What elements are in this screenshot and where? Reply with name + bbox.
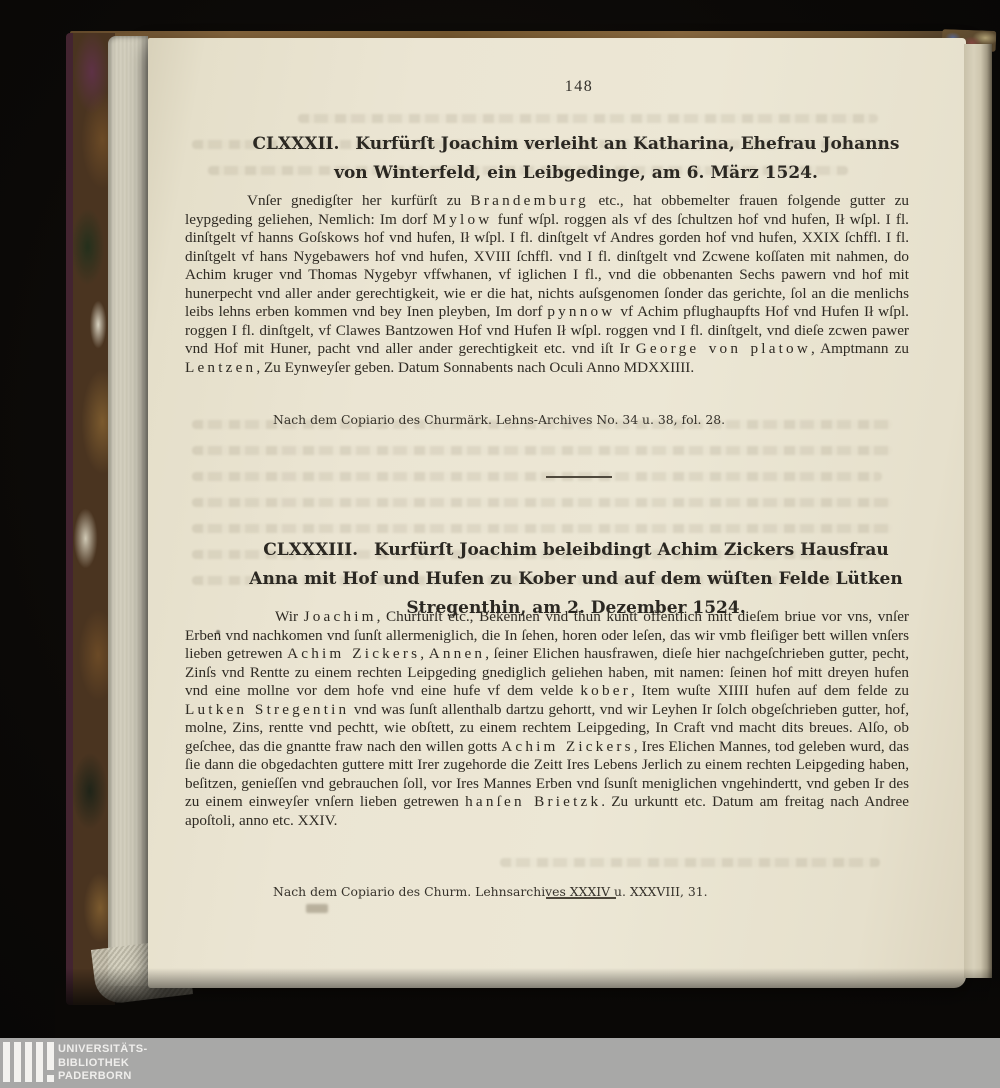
photo-shadow xyxy=(55,968,1000,1038)
ink-bleedthrough xyxy=(500,858,880,867)
ink-bleedthrough xyxy=(192,524,892,533)
library-name-line: BIBLIOTHEK xyxy=(58,1057,148,1071)
entry-heading-clxxxii: CLXXXII. Kurfürſt Joachim verleiht an Ka… xyxy=(185,130,907,188)
entry-source-clxxxiii: Nach dem Copiario des Churm. Lehnsarchiv… xyxy=(273,884,708,899)
entry-separator-rule xyxy=(546,476,612,478)
logo-bar-stem xyxy=(47,1042,54,1070)
ink-bleedthrough xyxy=(192,498,892,507)
text-run: Vnſer gnedigſter her kurfürſt zu xyxy=(247,192,471,209)
entry-body-clxxxiii: Wir Joachim, Churfurſt etc., Bekennen vn… xyxy=(185,608,909,831)
page-edges-stack xyxy=(108,36,148,986)
entry-number: CLXXXII. xyxy=(253,134,340,154)
entry-separator-rule xyxy=(546,897,616,899)
letterspaced-name: Joachim xyxy=(304,608,377,625)
text-run: , Item wuſte XIIII hufen auf dem felde z… xyxy=(631,682,909,699)
text-run: Wir xyxy=(275,608,304,625)
text-run: , Zu Eynweyſer geben. Datum Sonnabents n… xyxy=(256,359,694,376)
page-number: 148 xyxy=(185,78,907,96)
text-run: , Amptmann zu xyxy=(811,340,909,357)
logo-bar-dot xyxy=(47,1075,54,1082)
letterspaced-name: George von platow xyxy=(636,340,811,357)
ink-bleedthrough xyxy=(192,446,892,455)
letterspaced-name: hanſen Brietzk xyxy=(465,793,601,810)
letterspaced-name: Achim Zickers xyxy=(501,738,634,755)
letterspaced-name: kober xyxy=(580,682,631,699)
library-name: UNIVERSITÄTS- BIBLIOTHEK PADERBORN xyxy=(58,1043,148,1084)
logo-bar xyxy=(3,1042,10,1082)
entry-source-clxxxii: Nach dem Copiario des Churmärk. Lehns-Ar… xyxy=(273,412,725,427)
logo-bar xyxy=(14,1042,21,1082)
book-page: 148 CLXXXII. Kurfürſt Joachim verleiht a… xyxy=(148,38,966,988)
scanned-book-photo: 148 CLXXXII. Kurfürſt Joachim verleiht a… xyxy=(0,0,1000,1088)
ink-bleedthrough xyxy=(298,114,878,123)
logo-bar xyxy=(25,1042,32,1082)
letterspaced-name: Annen xyxy=(429,645,486,662)
library-logo-icon xyxy=(3,1042,54,1082)
letterspaced-name: Lentzen xyxy=(185,359,256,376)
watermark-bar: UNIVERSITÄTS- BIBLIOTHEK PADERBORN xyxy=(0,1038,1000,1088)
letterspaced-name: Brandemburg xyxy=(471,192,589,209)
letterspaced-name: Mylow xyxy=(433,211,493,228)
letterspaced-name: pynnow xyxy=(547,303,615,320)
entry-body-clxxxii: Vnſer gnedigſter her kurfürſt zu Brandem… xyxy=(185,192,909,377)
ink-bleedthrough xyxy=(192,472,882,481)
ink-bleedthrough xyxy=(306,904,328,913)
logo-bar-exclamation xyxy=(47,1042,54,1082)
text-run: , xyxy=(420,645,428,662)
entry-number: CLXXXIII. xyxy=(263,540,358,560)
library-name-line: PADERBORN xyxy=(58,1070,148,1084)
letterspaced-name: Lutken Stregentin xyxy=(185,701,349,718)
entry-title: Kurfürſt Joachim verleiht an Katharina, … xyxy=(334,134,899,183)
library-name-line: UNIVERSITÄTS- xyxy=(58,1043,148,1057)
letterspaced-name: Achim Zickers xyxy=(287,645,420,662)
logo-bar xyxy=(36,1042,43,1082)
facing-page-edge xyxy=(964,44,992,978)
